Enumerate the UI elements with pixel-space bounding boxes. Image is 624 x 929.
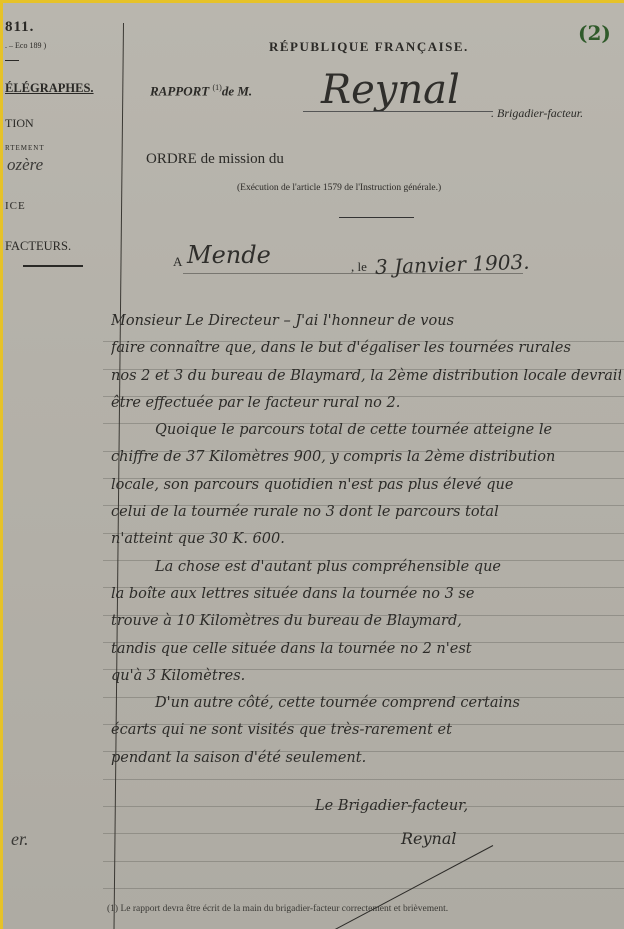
divider [339, 217, 414, 218]
date-handwritten: 3 Janvier 1903. [375, 250, 530, 279]
departement-value: ozère [7, 155, 43, 175]
letter-line: nos 2 et 3 du bureau de Blaymard, la 2èm… [111, 363, 621, 390]
letter-line: la boîte aux lettres située dans la tour… [111, 581, 621, 608]
date-label: , le [351, 259, 367, 275]
footnote-ref: (1) [212, 83, 221, 92]
ruled-line [103, 888, 624, 889]
rapport-label: RAPPORT (1)de M. [150, 83, 252, 99]
letter-line: Monsieur Le Directeur – J'ai l'honneur d… [111, 308, 621, 335]
divider [23, 265, 83, 267]
document-page: 811. . – Eco 189 ) ÉLÉGRAPHES. TION RTEM… [3, 3, 624, 929]
direction-label: TION [5, 116, 34, 131]
margin-handwriting: er. [11, 829, 29, 850]
place-label: A [173, 254, 182, 270]
ordre-label: ORDRE de mission du [146, 151, 284, 168]
form-number: 811. [5, 19, 34, 36]
letter-body: Monsieur Le Directeur – J'ai l'honneur d… [111, 308, 621, 772]
letter-line: Quoique le parcours total de cette tourn… [111, 417, 621, 444]
ruled-line [103, 779, 624, 780]
page-number-badge: (2) [578, 21, 611, 45]
ruled-line [103, 861, 624, 862]
departement-label: RTEMENT [5, 144, 45, 152]
agent-name-handwritten: Reynal [321, 67, 460, 113]
letter-line: trouve à 10 Kilomètres du bureau de Blay… [111, 608, 621, 635]
letter-line: celui de la tournée rurale no 3 dont le … [111, 499, 621, 526]
letter-line: n'atteint que 30 K. 600. [111, 526, 621, 553]
letter-line: La chose est d'autant plus compréhensibl… [111, 554, 621, 581]
letter-line: être effectuée par le facteur rural no 2… [111, 390, 621, 417]
republic-heading: RÉPUBLIQUE FRANÇAISE. [269, 39, 469, 55]
signature-title: Le Brigadier-facteur, [315, 798, 468, 814]
letter-line: qu'à 3 Kilomètres. [111, 663, 621, 690]
letter-line: pendant la saison d'été seulement. [111, 745, 621, 772]
agent-title: . Brigadier-facteur. [491, 106, 583, 121]
signature-name: Reynal [401, 829, 457, 848]
letter-line: D'un autre côté, cette tournée comprend … [111, 690, 621, 717]
office-label: ICE [5, 200, 26, 212]
ruled-line [103, 833, 624, 834]
de-m-label: de M. [222, 83, 252, 98]
letter-line: écarts qui ne sont visités que très-rare… [111, 717, 621, 744]
letter-line: faire connaître que, dans le but d'égali… [111, 335, 621, 362]
letter-line: locale, son parcours quotidien n'est pas… [111, 472, 621, 499]
underline [303, 111, 493, 112]
footnote: (1) Le rapport devra être écrit de la ma… [107, 904, 448, 914]
service-header: ÉLÉGRAPHES. [5, 81, 94, 96]
execution-note: (Exécution de l'article 1579 de l'Instru… [237, 183, 441, 193]
rapport-word: RAPPORT [150, 83, 209, 98]
city-handwritten: Mende [187, 241, 271, 269]
letter-line: chiffre de 37 Kilomètres 900, y compris … [111, 444, 621, 471]
letter-line: tandis que celle située dans la tournée … [111, 636, 621, 663]
factors-label: FACTEURS. [5, 239, 71, 254]
form-sub: . – Eco 189 ) [5, 41, 46, 50]
divider [5, 60, 19, 61]
